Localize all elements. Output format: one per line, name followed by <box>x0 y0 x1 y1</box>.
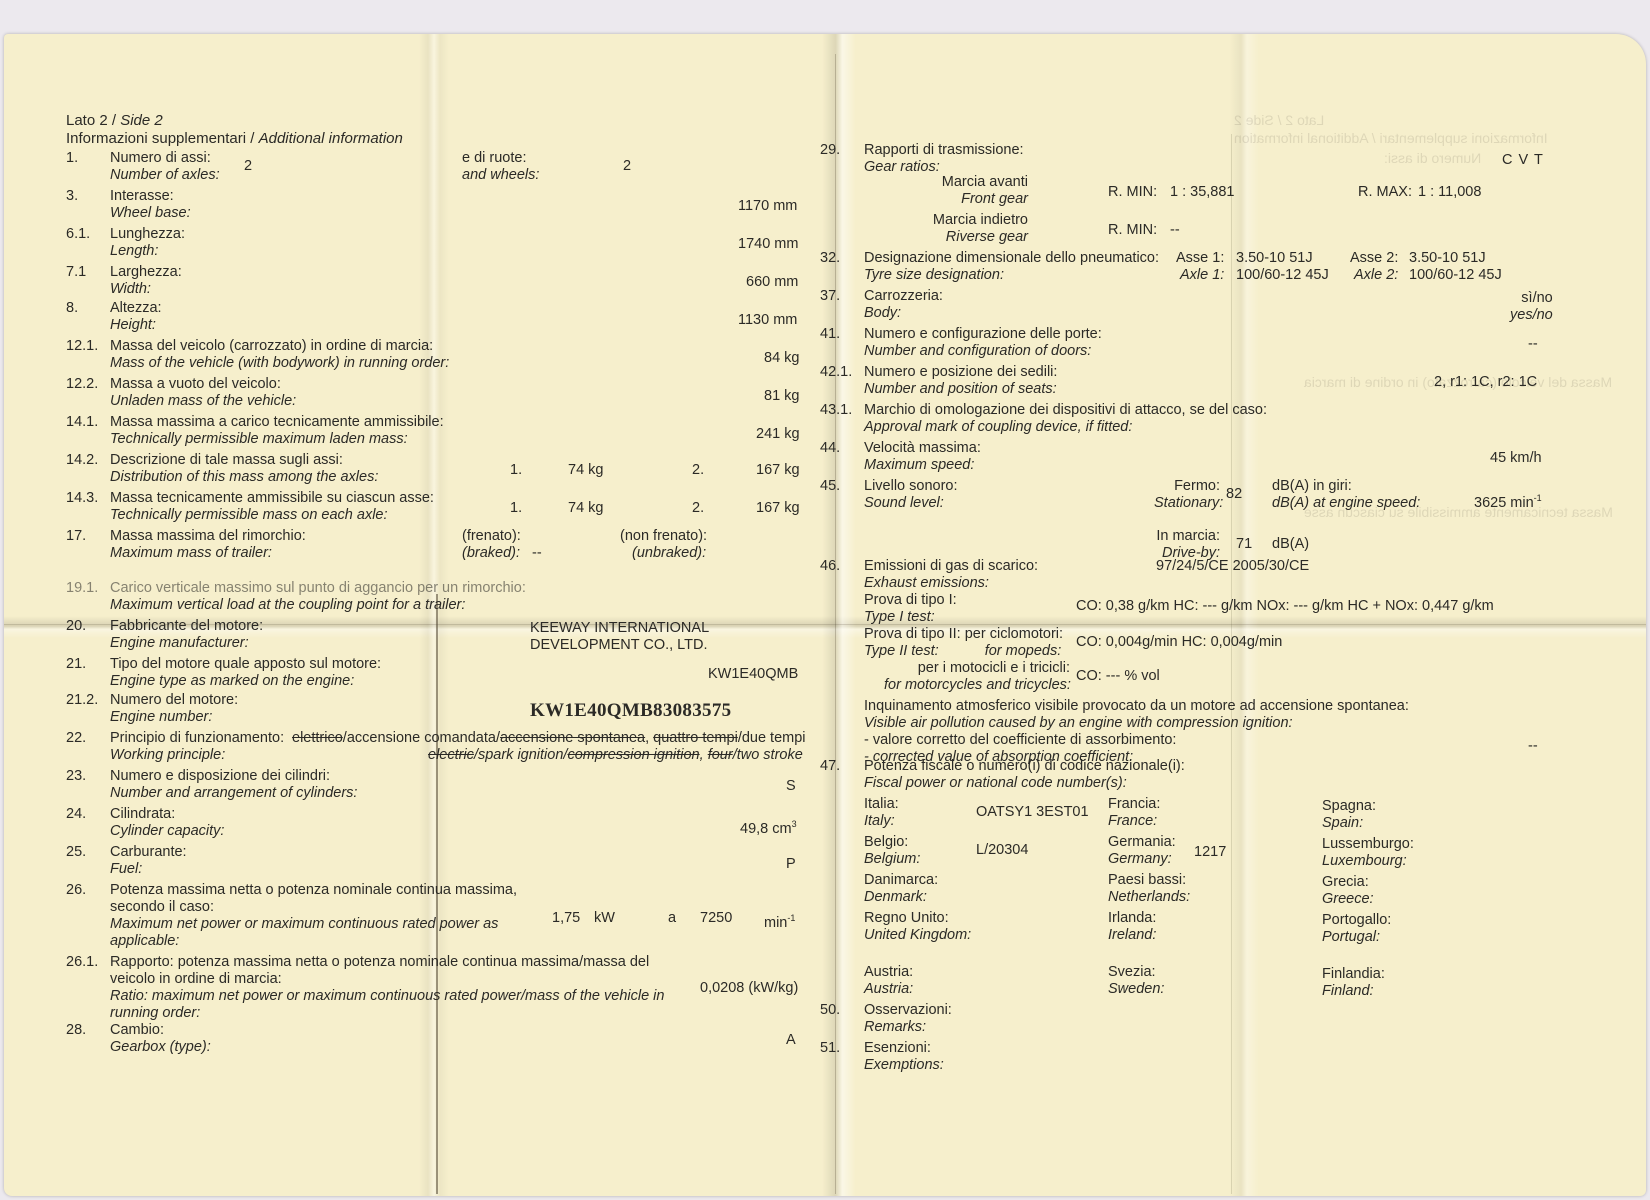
value-power-mass-ratio: 0,0208 (kW/kg) <box>700 980 798 997</box>
value-body: sì/no yes/no <box>1510 290 1553 324</box>
drive-by-unit: dB(A) <box>1272 536 1309 553</box>
axle-1-label: Axle 1: <box>1180 267 1224 284</box>
item-number: 26. <box>66 882 86 899</box>
field-axles: Numero di assi: Number of axles: <box>110 150 220 184</box>
field-mass-running-order: Massa del veicolo (carrozzato) in ordine… <box>110 338 449 372</box>
field-body: Carrozzeria: Body: <box>864 288 943 322</box>
item-number: 20. <box>66 618 86 635</box>
field-engine-manufacturer: Fabbricante del motore: Engine manufactu… <box>110 618 263 652</box>
value-axle-2-tyre: 100/60-12 45J <box>1409 267 1502 284</box>
item-number: 14.2. <box>66 452 98 469</box>
field-wheel-base: Interasse: Wheel base: <box>110 188 191 222</box>
field-doors: Numero e configurazione delle porte: Num… <box>864 326 1102 360</box>
value-drive-by-db: 71 <box>1236 536 1252 553</box>
value-working-principle-it: elettrico/accensione comandata/accension… <box>292 730 806 747</box>
country-germany: Germania:Germany: <box>1108 834 1176 868</box>
country-belgium: Belgio:Belgium: <box>864 834 920 868</box>
field-height: Altezza: Height: <box>110 300 162 334</box>
item-number: 19.1. <box>66 580 98 597</box>
value-wheels: 2 <box>623 158 631 175</box>
field-exhaust-emissions: Emissioni di gas di scarico: Exhaust emi… <box>864 558 1038 626</box>
drive-by-label: In marcia: Drive-by: <box>1154 528 1220 562</box>
country-united-kingdom: Regno Unito:United Kingdom: <box>864 910 971 944</box>
field-cylinder-capacity: Cilindrata: Cylinder capacity: <box>110 806 224 840</box>
field-unbraked: (non frenato): (unbraked): <box>620 528 707 562</box>
value-max-speed: 45 km/h <box>1490 450 1542 467</box>
field-length: Lunghezza: Length: <box>110 226 185 260</box>
item-number: 8. <box>66 300 78 317</box>
field-vertical-load: Carico verticale massimo sul punto di ag… <box>110 580 526 614</box>
item-number: 21. <box>66 656 86 673</box>
value-engine-number: KW1E40QMB83083575 <box>530 702 731 719</box>
document-sheet: Lato 2 / Side 2 Informazioni supplementa… <box>4 34 1646 1196</box>
country-denmark: Danimarca:Denmark: <box>864 872 938 906</box>
value-doors: -- <box>1528 336 1538 353</box>
value-front-rmin: 1 : 35,881 <box>1170 184 1235 201</box>
item-number: 12.1. <box>66 338 98 355</box>
value-engine-type: KW1E40QMB <box>708 666 798 683</box>
value-max-laden-mass: 241 kg <box>756 426 800 443</box>
value-motorcycles: CO: --- % vol <box>1076 668 1160 685</box>
country-ireland: Irlanda:Ireland: <box>1108 910 1156 944</box>
field-working-principle: Principio di funzionamento: Working prin… <box>110 730 284 764</box>
item-number: 23. <box>66 768 86 785</box>
item-number: 24. <box>66 806 86 823</box>
field-fiscal-power: Potenza fiscale o numero(i) di codice na… <box>864 758 1185 792</box>
item-number: 1. <box>66 150 78 167</box>
item-number: 44. <box>820 440 840 457</box>
country-greece: Grecia:Greece: <box>1322 874 1374 908</box>
field-coupling-approval: Marchio di omologazione dei dispositivi … <box>864 402 1267 436</box>
item-number: 6.1. <box>66 226 90 243</box>
item-number: 47. <box>820 758 840 775</box>
rpm-unit: min-1 <box>764 910 795 932</box>
item-number: 43.1. <box>820 402 852 419</box>
field-trailer-mass: Massa massima del rimorchio: Maximum mas… <box>110 528 306 562</box>
item-number: 29. <box>820 142 840 159</box>
field-fuel: Carburante: Fuel: <box>110 844 187 878</box>
field-mass-each-axle: Massa tecnicamente ammissibile su ciascu… <box>110 490 434 524</box>
field-unladen-mass: Massa a vuoto del veicolo: Unladen mass … <box>110 376 296 410</box>
axle-1-label: 1. <box>510 500 522 517</box>
value-type1-test: CO: 0,38 g/km HC: --- g/km NOx: --- g/km… <box>1076 598 1494 615</box>
value-cylinders: S <box>786 778 796 795</box>
value-emission-directive: 97/24/5/CE 2005/30/CE <box>1156 558 1309 575</box>
field-power-mass-ratio: Rapporto: potenza massima netta o potenz… <box>110 954 664 1022</box>
item-number: 37. <box>820 288 840 305</box>
item-number: 14.3. <box>66 490 98 507</box>
item-number: 45. <box>820 478 840 495</box>
item-number: 26.1. <box>66 954 98 971</box>
fold-line <box>1231 134 1232 1194</box>
rmin-label: R. MIN: <box>1108 184 1157 201</box>
item-number: 3. <box>66 188 78 205</box>
field-max-power: Potenza massima netta o potenza nominale… <box>110 882 517 950</box>
field-remarks: Osservazioni: Remarks: <box>864 1002 952 1036</box>
value-asse-2: 3.50-10 51J <box>1409 250 1486 267</box>
item-number: 46. <box>820 558 840 575</box>
field-visible-pollution: Inquinamento atmosferico visibile provoc… <box>864 698 1409 766</box>
value-reverse-rmin: -- <box>1170 222 1180 239</box>
value-stationary-db: 82 <box>1226 486 1242 503</box>
value-power-rpm: 7250 <box>700 910 732 927</box>
power-unit: kW <box>594 910 615 927</box>
axle-1-label: 1. <box>510 462 522 479</box>
value-axle-2-permissible: 167 kg <box>756 500 800 517</box>
value-unladen-mass: 81 kg <box>764 388 799 405</box>
field-max-laden-mass: Massa massima a carico tecnicamente ammi… <box>110 414 444 448</box>
item-number: 14.1. <box>66 414 98 431</box>
country-finland: Finlandia:Finland: <box>1322 966 1385 1000</box>
field-max-speed: Velocità massima: Maximum speed: <box>864 440 981 474</box>
item-number: 41. <box>820 326 840 343</box>
item-number: 21.2. <box>66 692 98 709</box>
value-belgium-code: L/20304 <box>976 842 1028 859</box>
item-number: 7.1 <box>66 264 86 281</box>
field-wheels: e di ruote: and wheels: <box>462 150 539 184</box>
item-number: 42.1. <box>820 364 852 381</box>
value-front-rmax: 1 : 11,008 <box>1418 184 1481 201</box>
stationary-unit: dB(A) in giri: dB(A) at engine speed: <box>1272 478 1420 512</box>
bleed-through-text: Numero di assi: <box>1384 150 1481 166</box>
field-width: Larghezza: Width: <box>110 264 182 298</box>
value-working-principle-en: electric/spark ignition/compression igni… <box>428 747 803 764</box>
power-at-label: a <box>668 910 676 927</box>
value-germany-code: 1217 <box>1194 844 1226 861</box>
value-engine-manufacturer: KEEWAY INTERNATIONAL DEVELOPMENT CO., LT… <box>530 620 709 654</box>
asse-1-label: Asse 1: <box>1176 250 1224 267</box>
country-spain: Spagna:Spain: <box>1322 798 1376 832</box>
country-luxembourg: Lussemburgo:Luxembourg: <box>1322 836 1414 870</box>
axle-2-label: 2. <box>692 500 704 517</box>
value-gear-type: C V T <box>1502 152 1544 169</box>
country-sweden: Svezia:Sweden: <box>1108 964 1164 998</box>
front-gear-label: Marcia avanti Front gear <box>940 174 1028 208</box>
value-wheel-base: 1170 mm <box>738 198 797 215</box>
item-number: 50. <box>820 1002 840 1019</box>
value-absorption-coefficient: -- <box>1528 738 1538 755</box>
field-engine-type: Tipo del motore quale apposto sul motore… <box>110 656 381 690</box>
value-asse-1: 3.50-10 51J <box>1236 250 1313 267</box>
item-number: 28. <box>66 1022 86 1039</box>
value-axle-1-tyre: 100/60-12 45J <box>1236 267 1329 284</box>
value-length: 1740 mm <box>738 236 798 253</box>
value-fuel: P <box>786 856 796 873</box>
country-italy: Italia:Italy: <box>864 796 899 830</box>
value-axle-1-permissible: 74 kg <box>568 500 603 517</box>
field-type2-test: Prova di tipo II: per ciclomotori: Type … <box>864 626 1063 660</box>
field-motorcycles: per i motocicli e i tricicli: for motorc… <box>884 660 1070 694</box>
value-gearbox: A <box>786 1032 796 1049</box>
field-engine-number: Numero del motore: Engine number: <box>110 692 238 726</box>
item-number: 17. <box>66 528 86 545</box>
item-number: 22. <box>66 730 86 747</box>
asse-2-label: Asse 2: <box>1350 250 1398 267</box>
rmax-label: R. MAX: <box>1358 184 1412 201</box>
value-height: 1130 mm <box>738 312 797 329</box>
field-tyre-size: Designazione dimensionale dello pneumati… <box>864 250 1159 284</box>
country-portugal: Portogallo:Portugal: <box>1322 912 1391 946</box>
item-number: 12.2. <box>66 376 98 393</box>
axle-2-label: 2. <box>692 462 704 479</box>
stationary-label: Fermo: Stationary: <box>1154 478 1220 512</box>
value-mass-running-order: 84 kg <box>764 350 799 367</box>
field-mass-distribution: Descrizione di tale massa sugli assi: Di… <box>110 452 378 486</box>
value-power: 1,75 <box>552 910 580 927</box>
value-cylinder-capacity: 49,8 cm3 <box>740 816 797 838</box>
field-exemptions: Esenzioni: Exemptions: <box>864 1040 944 1074</box>
item-number: 25. <box>66 844 86 861</box>
field-braked: (frenato): (braked): <box>462 528 521 562</box>
reverse-gear-label: Marcia indietro Riverse gear <box>930 212 1028 246</box>
item-number: 51. <box>820 1040 840 1057</box>
axle-2-label: Axle 2: <box>1354 267 1398 284</box>
value-type2-test: CO: 0,004g/min HC: 0,004g/min <box>1076 634 1282 651</box>
value-axle-2-mass: 167 kg <box>756 462 800 479</box>
side-label: Lato 2 / Side 2 <box>66 112 163 129</box>
field-seats: Numero e posizione dei sedili: Number an… <box>864 364 1057 398</box>
country-austria: Austria:Austria: <box>864 964 913 998</box>
value-axles: 2 <box>244 158 252 175</box>
rmin-label: R. MIN: <box>1108 222 1157 239</box>
field-gearbox: Cambio: Gearbox (type): <box>110 1022 211 1056</box>
country-netherlands: Paesi bassi:Netherlands: <box>1108 872 1190 906</box>
value-stationary-rpm: 3625 min-1 <box>1474 490 1542 512</box>
value-axle-1-mass: 74 kg <box>568 462 603 479</box>
value-italy-code: OATSY1 3EST01 <box>976 804 1089 821</box>
value-seats: 2, r1: 1C, r2: 1C <box>1434 374 1537 391</box>
item-number: 32. <box>820 250 840 267</box>
field-gear-ratios: Rapporti di trasmissione: Gear ratios: <box>864 142 1024 176</box>
section-title: Informazioni supplementari / Additional … <box>66 130 403 147</box>
value-braked: -- <box>532 545 542 562</box>
bleed-through-text: Informazioni supplementari / Additional … <box>1234 130 1548 146</box>
bleed-through-text: Lato 2 / Side 2 <box>1234 112 1324 128</box>
field-cylinders: Numero e disposizione dei cilindri: Numb… <box>110 768 357 802</box>
country-france: Francia:France: <box>1108 796 1160 830</box>
field-sound-level: Livello sonoro: Sound level: <box>864 478 958 512</box>
value-width: 660 mm <box>746 274 798 291</box>
